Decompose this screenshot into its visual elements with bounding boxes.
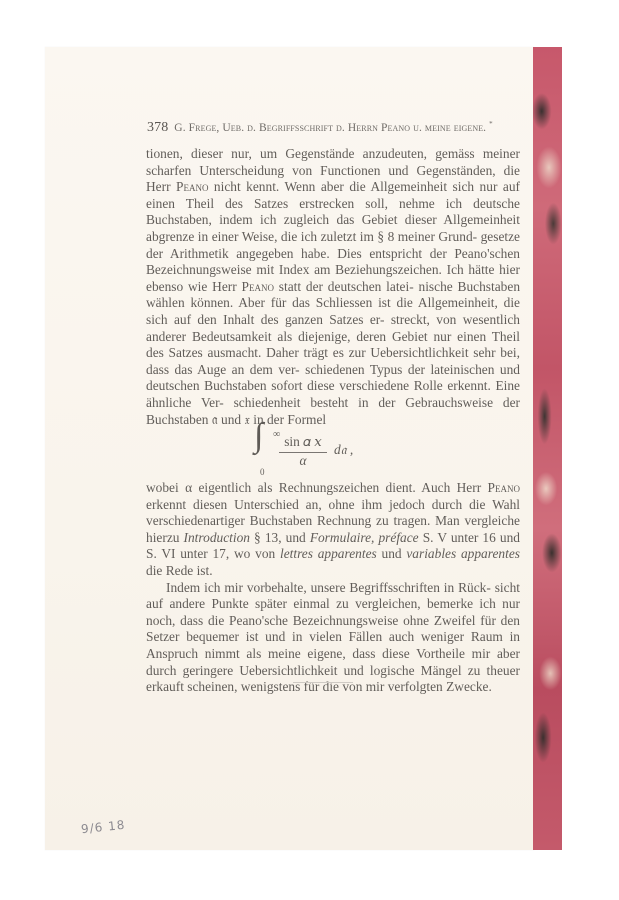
integral-formula: ∫ ∞ 0 sin 𝛼 𝑥 α d𝔞 , [146,430,520,476]
text-line: Herr [146,179,176,194]
lower-limit: 0 [260,464,265,481]
text-line: nicht kennt. Wenn aber die Allgemeinheit… [208,179,497,194]
text-line: Buchstaben, indem ich zugleich das Gebie… [146,212,520,227]
paragraph-1: tionen, dieser nur, um Gegenstände anzud… [146,146,520,428]
text-line: § 13, und [250,530,310,545]
paragraph-3: Indem ich mir vorbehalte, unsere Begriff… [146,580,520,696]
italic-term: variables apparentes [406,546,520,561]
text-line: erkennt diesen Unterschied an, ohne ihm … [146,497,462,512]
citation-title: Introduction [184,530,250,545]
text-line: und 𝔵 in der Formel [221,412,326,427]
running-header: 378 G. Frege, Ueb. d. Begriffsschrift d.… [147,120,519,136]
author-name: Peano [488,480,520,495]
text-line: die Rede ist. [146,563,213,578]
differential: d𝔞 , [334,442,353,459]
text-line: tionen, dieser nur, um Gegenstände anzud… [146,146,520,161]
running-title: G. Frege, Ueb. d. Begriffsschrift d. Her… [174,122,486,134]
text-line: statt der deutschen latei- [274,279,414,294]
paragraph-2: wobei α eigentlich als Rechnungszeichen … [146,480,520,580]
footnote-mark: * [489,120,493,128]
marbled-edge [533,47,562,850]
text-line: wobei α eigentlich als Rechnungszeichen … [146,480,481,495]
page-number: 378 [147,120,168,135]
text-line: Indem ich mir vorbehalte, unsere Begriff… [166,580,491,595]
body-text: tionen, dieser nur, um Gegenstände anzud… [146,146,520,696]
numerator: sin 𝛼 𝑥 [279,434,327,453]
author-name: Peano [242,279,274,294]
denominator: α [279,453,327,470]
fraction: sin 𝛼 𝑥 α [279,434,327,469]
text-line: scharfen Unterscheidung von Functionen u… [146,163,520,178]
integral-sign: ∫ [254,428,263,445]
end-rule [293,682,353,683]
citation-title: Formulaire, préface [310,530,419,545]
text-line: Zwecke. [446,679,492,694]
text-line: und [377,546,402,561]
text-line: abgrenze in einer Weise, die ich zuletzt… [146,229,477,244]
author-name: Peano [176,179,208,194]
italic-term: lettres apparentes [280,546,377,561]
